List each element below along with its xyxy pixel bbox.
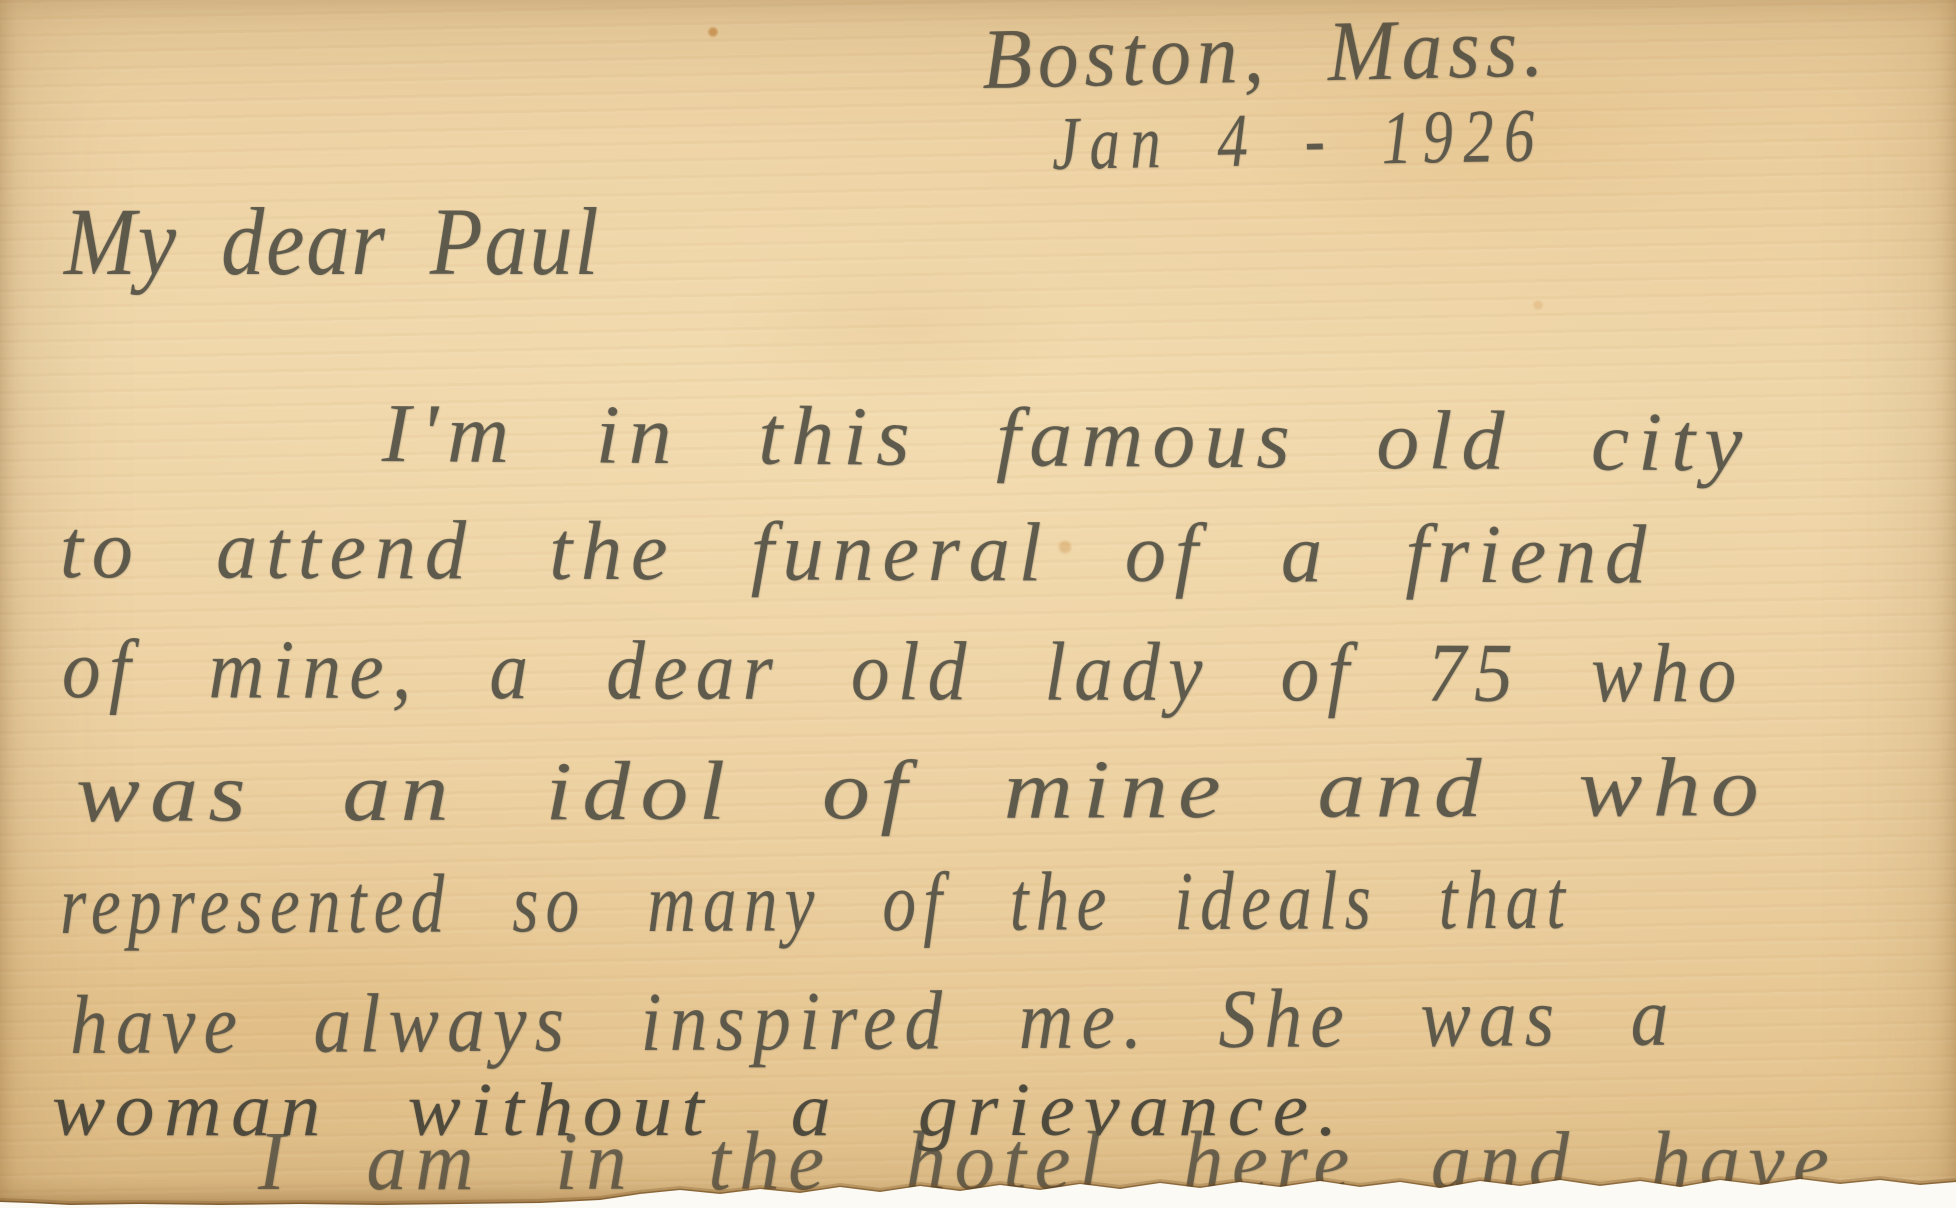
paper-edge-shading <box>0 0 1956 1208</box>
letter-photo: Boston, Mass. Jan 4 - 1926 My dear Paul … <box>0 0 1956 1208</box>
torn-bottom-edge <box>0 1156 1956 1208</box>
